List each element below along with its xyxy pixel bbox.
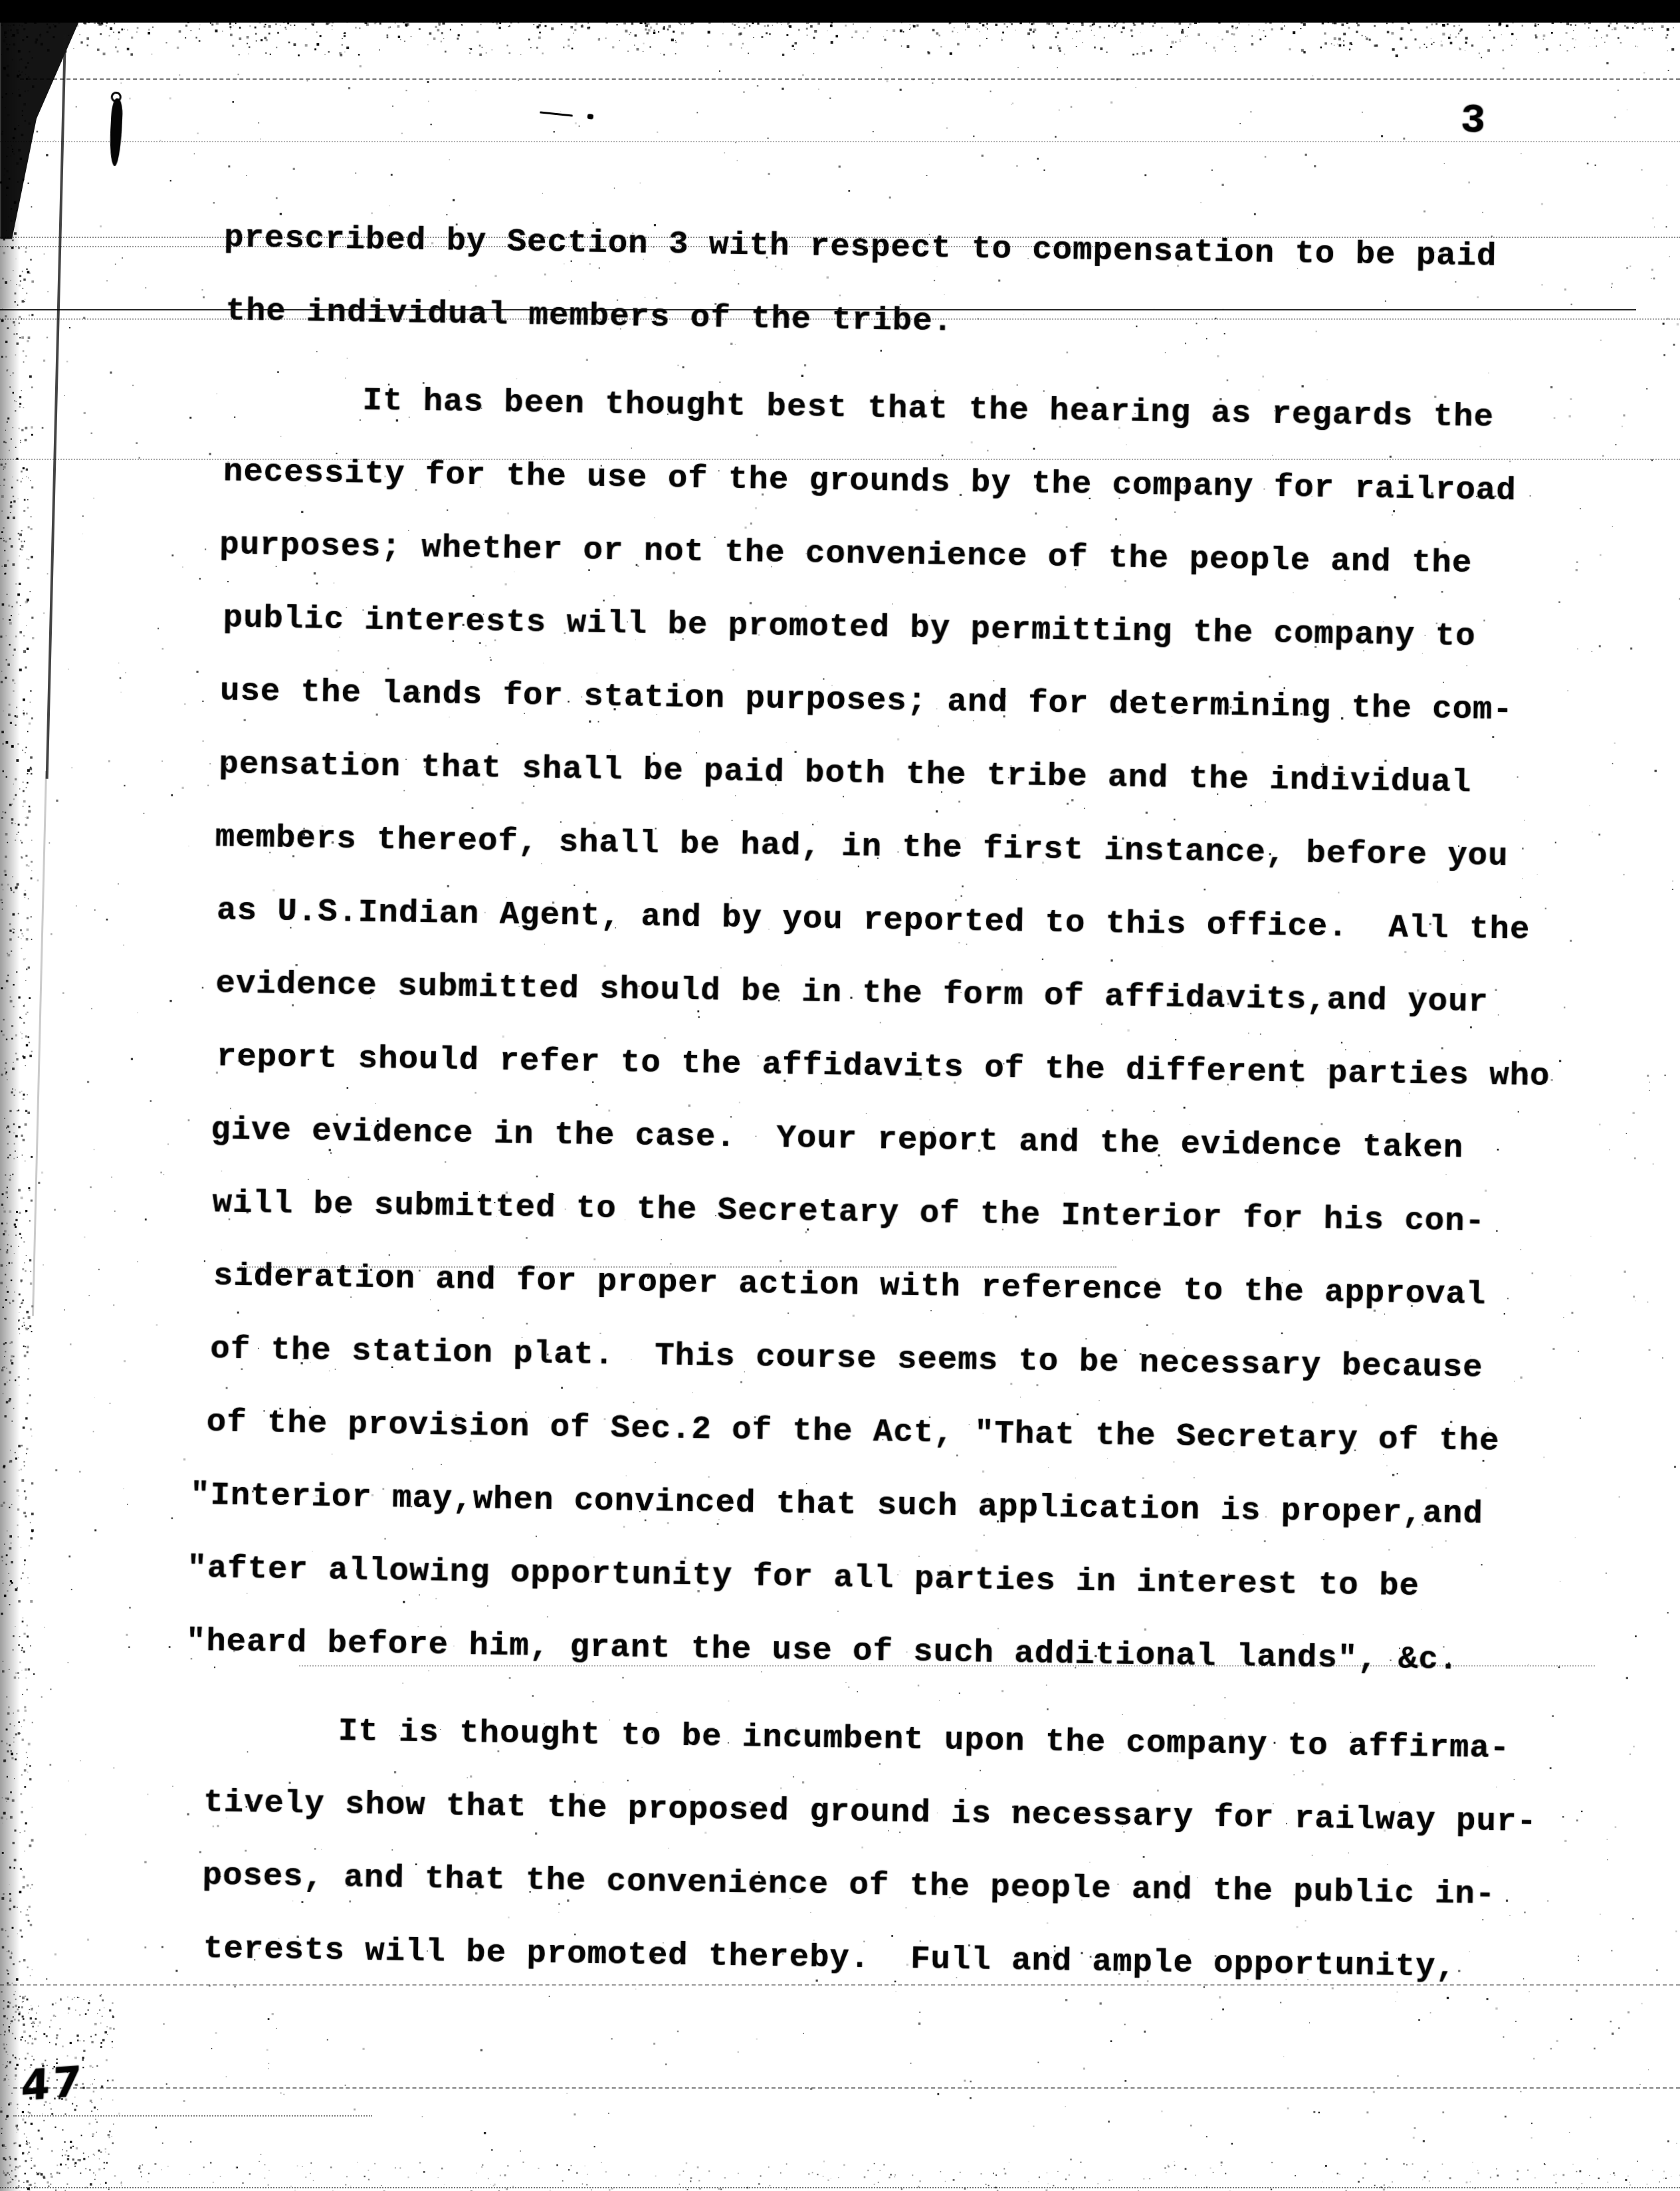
scan-artifact-line [13,2087,1680,2089]
scanned-document-page: 3 prescribed by Section 3 with respect t… [0,0,1680,2191]
scan-artifact-line [13,2115,372,2117]
scan-top-edge [0,0,1680,23]
scan-artifact-line [0,2187,1680,2188]
scan-left-edge [0,23,20,2191]
scan-artifact-line [20,78,1680,80]
document-text: prescribed by Section 3 with respect to … [201,201,1629,2006]
handwritten-number: 47 [21,2057,85,2111]
page-number: 3 [1460,96,1487,144]
scan-artifact-line [0,141,1680,142]
